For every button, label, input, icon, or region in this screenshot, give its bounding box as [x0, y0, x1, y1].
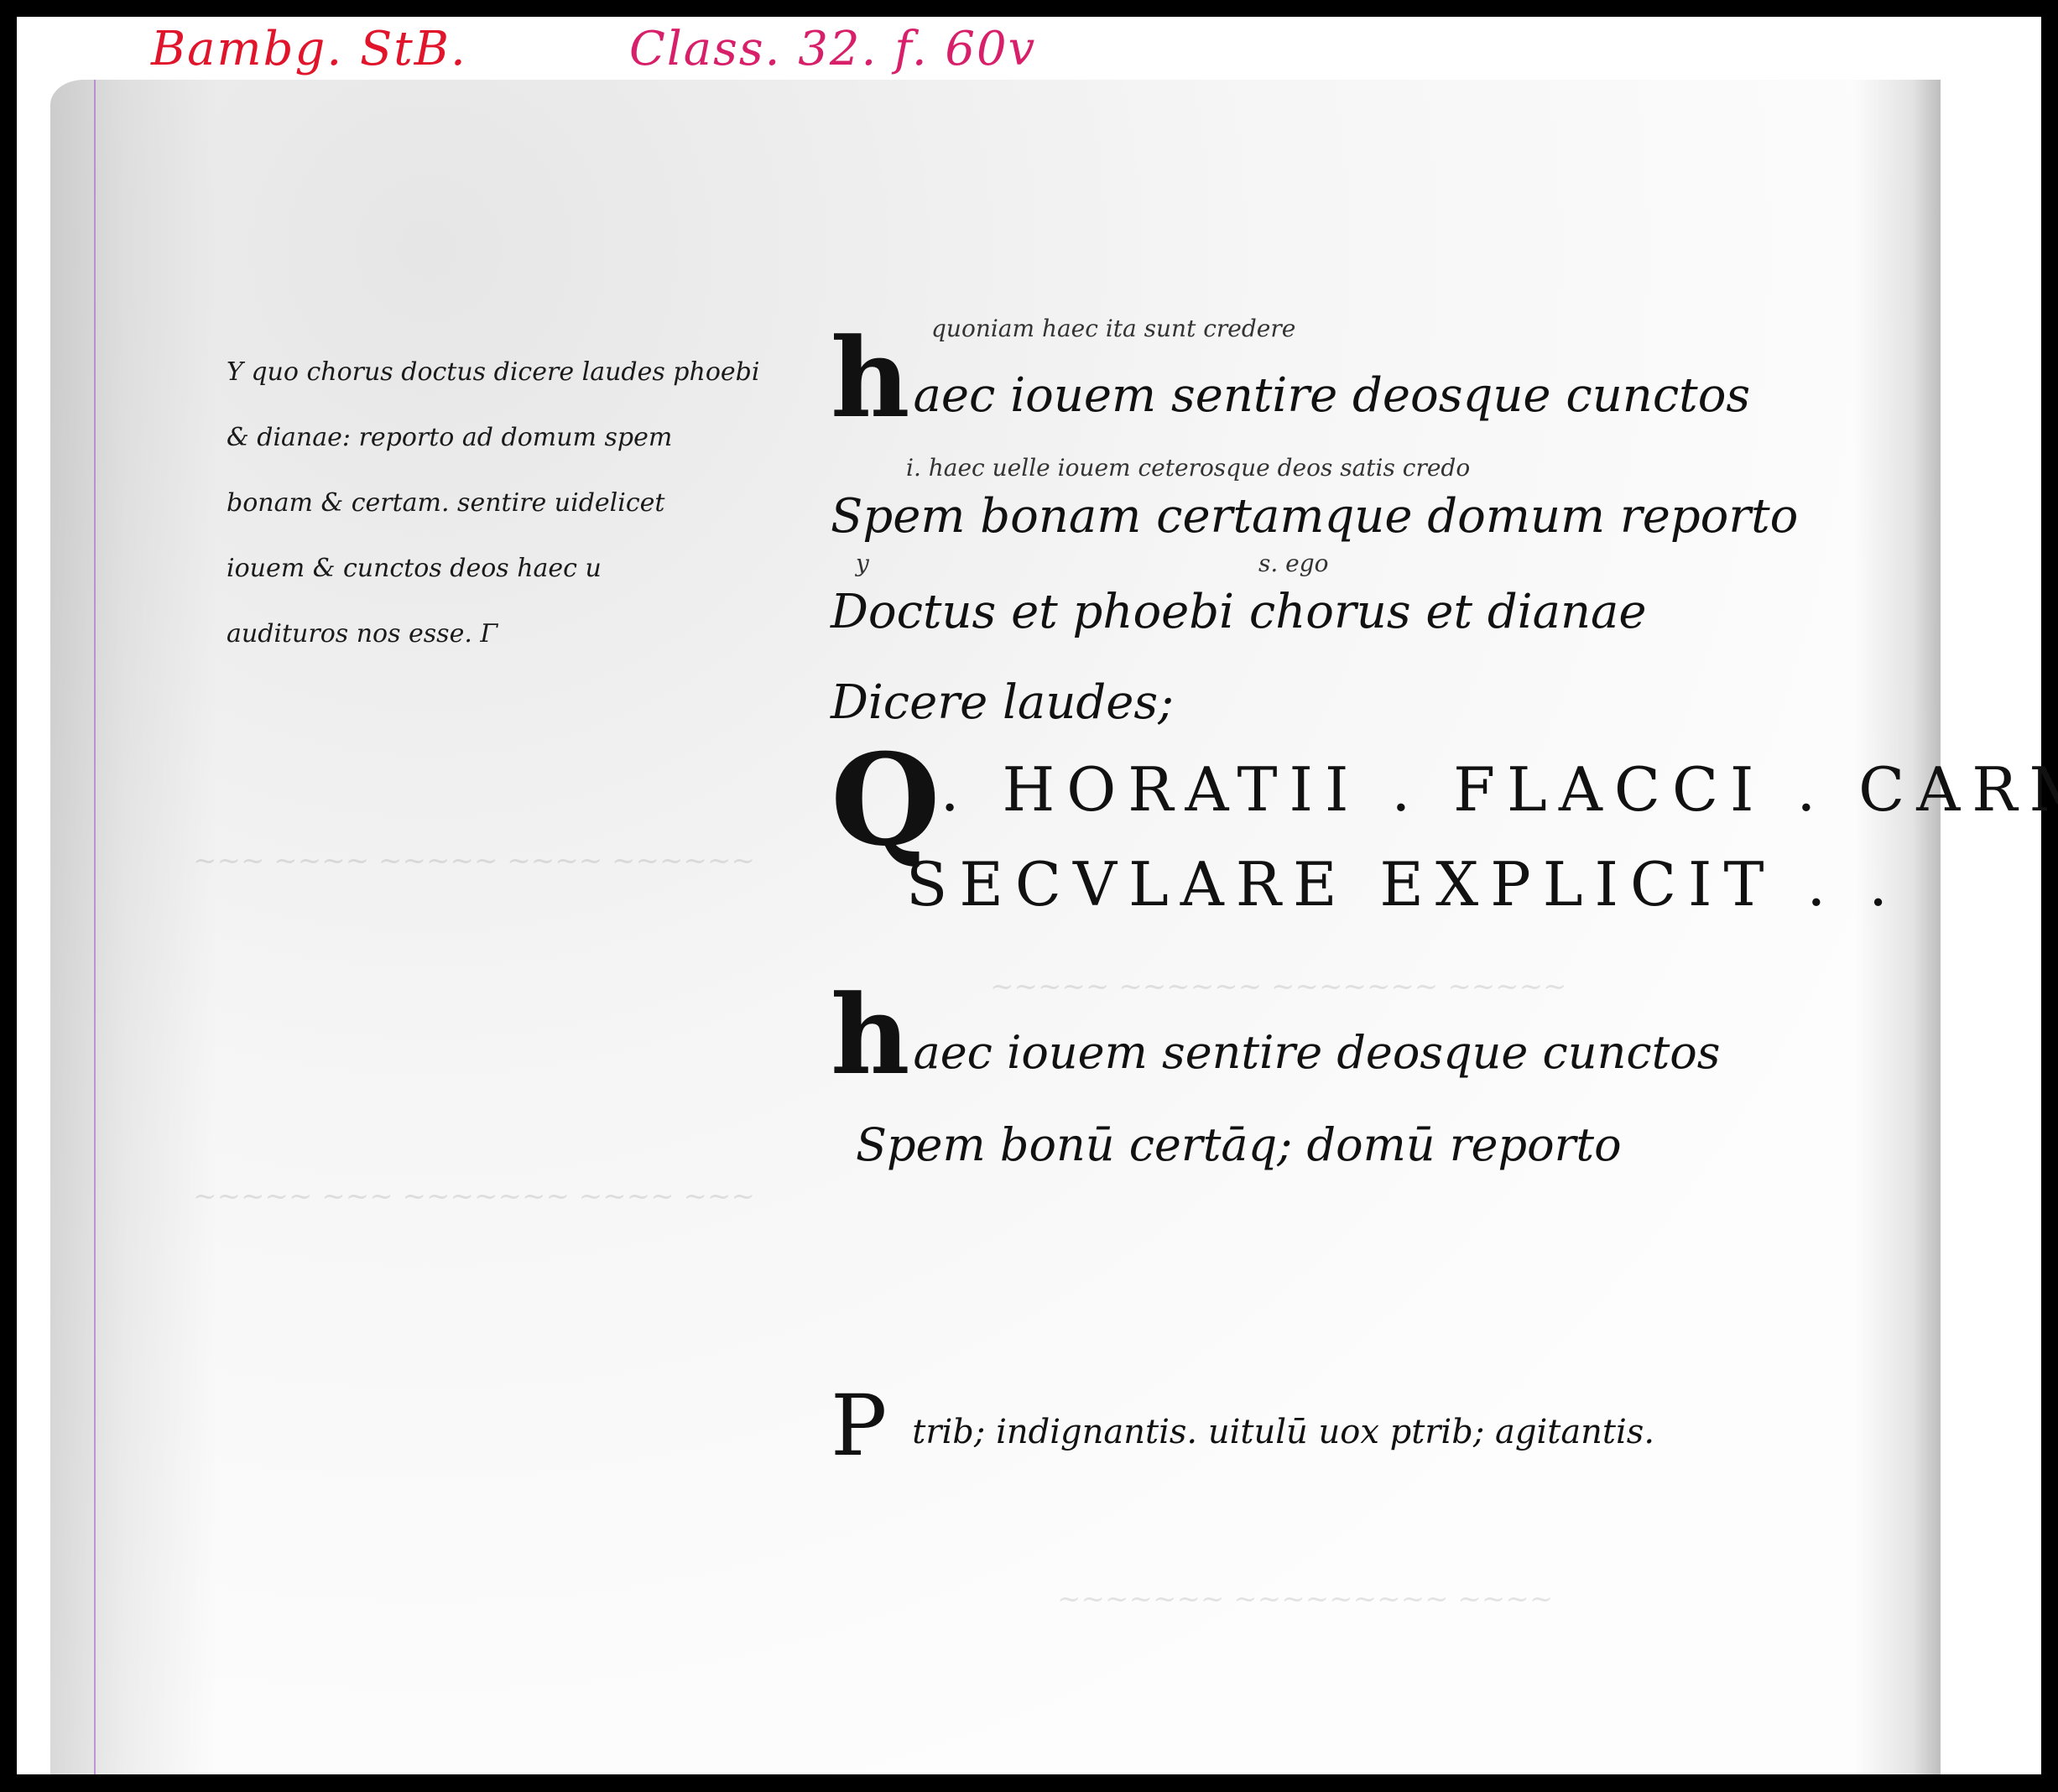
decorated-initial: h — [831, 971, 910, 1099]
verse-text: trib; indignantis. uitulū uox ptrib; agi… — [912, 1413, 1654, 1451]
bottom-verse-line: Ptrib; indignantis. uitulū uox ptrib; ag… — [831, 1393, 1938, 1460]
initial-letter: P — [831, 1377, 887, 1475]
gloss-line: Y quo chorus doctus dicere laudes phoebi — [227, 340, 797, 405]
interlinear-gloss: quoniam haec ita sunt credere — [931, 315, 1938, 345]
marginal-gloss: Y quo chorus doctus dicere laudes phoebi… — [227, 340, 797, 667]
scan-sheet: Bambg. StB. Class. 32. f. 60v ~~~ ~~~~ ~… — [17, 17, 2041, 1774]
verse-line: Spem bonam certamque domum reporto — [831, 484, 1938, 550]
verse-line: Doctus et phoebi chorus et dianae — [831, 580, 1938, 645]
repeat-verse-line: Spem bonū certāq; domū reporto — [856, 1099, 1938, 1191]
shelfmark-classmark: Class. 32. f. 60v — [629, 22, 1036, 76]
verse-text: aec iouem sentire deosque cunctos — [914, 1026, 1721, 1079]
verse-text: aec iouem sentire deosque cunctos — [914, 368, 1751, 423]
interlinear-mark: y — [856, 550, 869, 577]
colophon: Q. HORATII . FLACCI . CARMEN SECVLARE EX… — [831, 748, 1938, 926]
shelfmark-library: Bambg. StB. — [151, 22, 467, 76]
gloss-line: & dianae: reporto ad domum spem — [227, 405, 797, 471]
main-text-block: quoniam haec ita sunt credere haec iouem… — [831, 315, 1938, 1460]
gloss-line: iouem & cunctos deos haec u — [227, 536, 797, 602]
interlinear-gloss-row: y s. ego — [906, 550, 1938, 580]
verse-line: Dicere laudes; — [831, 670, 1938, 736]
colophon-text: SECVLARE EXPLICIT . . — [831, 842, 1938, 926]
gloss-line: bonam & certam. sentire uidelicet — [227, 471, 797, 536]
interlinear-gloss: i. haec uelle iouem ceterosque deos sati… — [906, 454, 1938, 484]
bleed-through-text: ~~~~~ ~~~ ~~~~~~~ ~~~~ ~~~ — [193, 1170, 755, 1222]
manuscript-folio: ~~~ ~~~~ ~~~~~ ~~~~ ~~~~~~ ~~~~~ ~~~ ~~~… — [50, 80, 1941, 1774]
ruling-line — [94, 80, 96, 1774]
decorated-initial: h — [831, 314, 910, 442]
repeat-verse-line: haec iouem sentire deosque cunctos — [831, 1002, 1938, 1099]
gloss-line: audituros nos esse. Γ — [227, 602, 797, 667]
verse-line: haec iouem sentire deosque cunctos — [831, 345, 1938, 429]
bleed-through-text: ~~~~~~~ ~~~~~~~~~ ~~~~ — [1057, 1573, 1553, 1625]
interlinear-mark: s. ego — [1258, 550, 1329, 577]
colophon-text: . HORATII . FLACCI . CARMEN — [940, 754, 2058, 825]
bleed-through-text: ~~~ ~~~~ ~~~~~ ~~~~ ~~~~~~ — [193, 835, 755, 887]
